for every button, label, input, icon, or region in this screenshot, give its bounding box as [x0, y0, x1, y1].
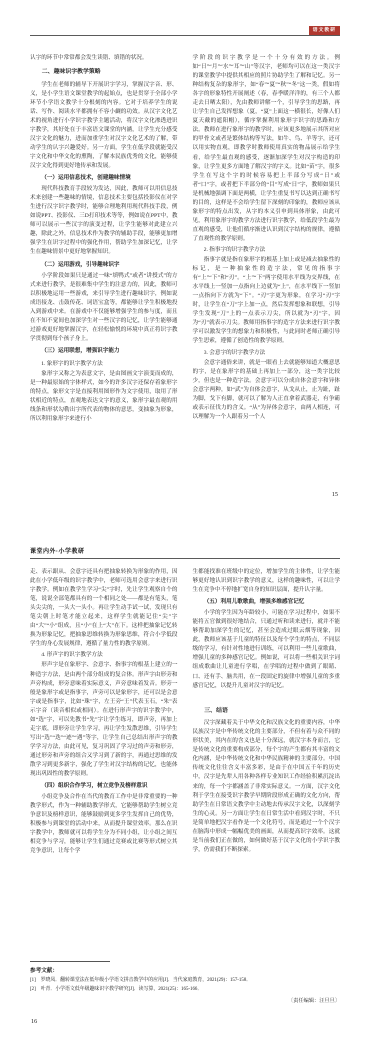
page2-right-column: 生都能找准在班级中的定位，增加学生的主体性，让学生能够更好地认识到识字教学的意义… — [193, 568, 341, 960]
paragraph: 现代科技教育手段较为发达，因此，教师可以用信息技术来创建一些趣味的情境，信息技术… — [30, 185, 178, 257]
paragraph: 汉字深藏着关于中华文化和汉族文化的重要内容，中华民族汉字是中华传统文化的主要部分… — [193, 719, 341, 855]
running-head: 课堂内外·小学教研 — [30, 546, 85, 555]
references-list: [1] 罗晓凤．翻转课堂法在低年级小学语文拼音教学中的应用[J]．当代家庭教育，… — [30, 976, 315, 995]
paragraph: 学阶段的识字教学是一个十分有效的方法。例如“日”“月”“水”“耳”“山”等汉字，… — [193, 54, 341, 244]
editor-note: 〔责任编辑：汪旦旦〕 — [288, 997, 340, 1004]
page1-left-column: 认字的环节中常常都会发生读错、填错的状况。二、趣味识字教学策略学生在老师的辅导下… — [30, 54, 178, 488]
paragraph: 形声字是在象形字、会意字、指事字的根基上建立的一种造字方法，是由两个部分组成的复… — [30, 661, 178, 779]
subsection-heading: （一）运用信息技术，创建趣味情境 — [30, 174, 178, 183]
header-rule — [30, 558, 340, 559]
reference-item: [1] 罗晓凤．翻转课堂法在低年级小学语文拼音教学中的应用[J]．当代家庭教育，… — [30, 976, 315, 985]
page-number: 15 — [332, 491, 338, 498]
journal-page-16: 课堂内外·小学教研 走、表示跟从、会意字还具有把抽象转换为形象的作用，因此在小学… — [0, 515, 369, 1039]
section-heading: 三、结语 — [193, 707, 341, 717]
section-heading: 二、趣味识字教学策略 — [30, 68, 178, 78]
subsection-heading: （五）利用儿歌歌曲，增强多维感官记忆 — [193, 598, 341, 607]
column-badge: 语文教研 — [309, 26, 340, 35]
page2-columns: 走、表示跟从、会意字还具有把抽象转换为形象的作用，因此在小学低年级的识字教学中，… — [30, 568, 340, 960]
paragraph: 学生在老师的辅导下开展识字学习，掌握汉字音、形、义，是小学生语文课堂教学的起始点… — [30, 81, 178, 171]
paragraph: 会意字通俗来讲，就是一眼看上去就能够知道大概意思的字，是在象形字的基础上再加上一… — [193, 359, 341, 422]
page1-right-column: 学阶段的识字教学是一个十分有效的方法。例如“日”“月”“水”“耳”“山”等汉字，… — [193, 54, 341, 488]
journal-article-view: 语文教研 认字的环节中常常都会发生读错、填错的状况。二、趣味识字教学策略学生在老… — [0, 0, 369, 1039]
sub-subsection-heading: 4. 形声字的识字教学方法 — [30, 651, 178, 660]
paragraph: 象形字又称之为表意文字，是由图画文字演变而成的，是一种最原始的字体样式，如今的许… — [30, 370, 178, 424]
paragraph: 小组竞争及合作在当代的教育工作中是非常重要的一种教学形式，作为一种辅助教学形式，… — [30, 793, 178, 856]
header-rule — [30, 35, 340, 36]
references-divider — [30, 961, 110, 962]
paragraph: 走、表示跟从、会意字还具有把抽象转换为形象的作用，因此在小学低年级的识字教学中，… — [30, 568, 178, 649]
subsection-heading: （四）组织合作学习，树立竞争及榜样意识 — [30, 782, 178, 791]
sub-subsection-heading: 2. 指事字的识字教学方法 — [193, 246, 341, 255]
page-number: 16 — [31, 1018, 37, 1025]
references-title: 参考文献： — [30, 966, 315, 974]
reference-item: [2] 叶青．小学语文低年级趣味识字教学研究[J]．读写算，2021(25)：1… — [30, 985, 315, 994]
sub-subsection-heading: 1. 象形字的识字教学方法 — [30, 360, 178, 369]
paragraph: 认字的环节中常常都会发生读错、填错的状况。 — [30, 54, 178, 63]
page1-columns: 认字的环节中常常都会发生读错、填错的状况。二、趣味识字教学策略学生在老师的辅导下… — [30, 54, 340, 488]
subsection-heading: （三）运用联想，增强识字能力 — [30, 347, 178, 356]
paragraph: 生都能找准在班级中的定位，增加学生的主体性，让学生能够更好地认识到识字教学的意义… — [193, 568, 341, 595]
page2-left-column: 走、表示跟从、会意字还具有把抽象转换为形象的作用，因此在小学低年级的识字教学中，… — [30, 568, 178, 960]
subsection-heading: （二）运用游戏，引导趣味识字 — [30, 261, 178, 270]
paragraph: 小学的学生因为年龄较小，可能在学习过程中，如果不能将五官做到很好地结合，只通过听… — [193, 609, 341, 690]
paragraph: 指事字就是指在象形字的根基上加上或是减去抽象性的标记，是一种抽象性的造字法，常见… — [193, 256, 341, 346]
journal-page-15: 语文教研 认字的环节中常常都会发生读错、填错的状况。二、趣味识字教学策略学生在老… — [0, 0, 369, 515]
paragraph: 小学阶段如果只是通过一味“填鸭式”或者“讲授式”的方式来进行教学，是很难集中学生… — [30, 272, 178, 344]
references-section: 参考文献： [1] 罗晓凤．翻转课堂法在低年级小学语文拼音教学中的应用[J]．当… — [30, 961, 315, 995]
sub-subsection-heading: 3. 会意字的识字教学方法 — [193, 349, 341, 358]
